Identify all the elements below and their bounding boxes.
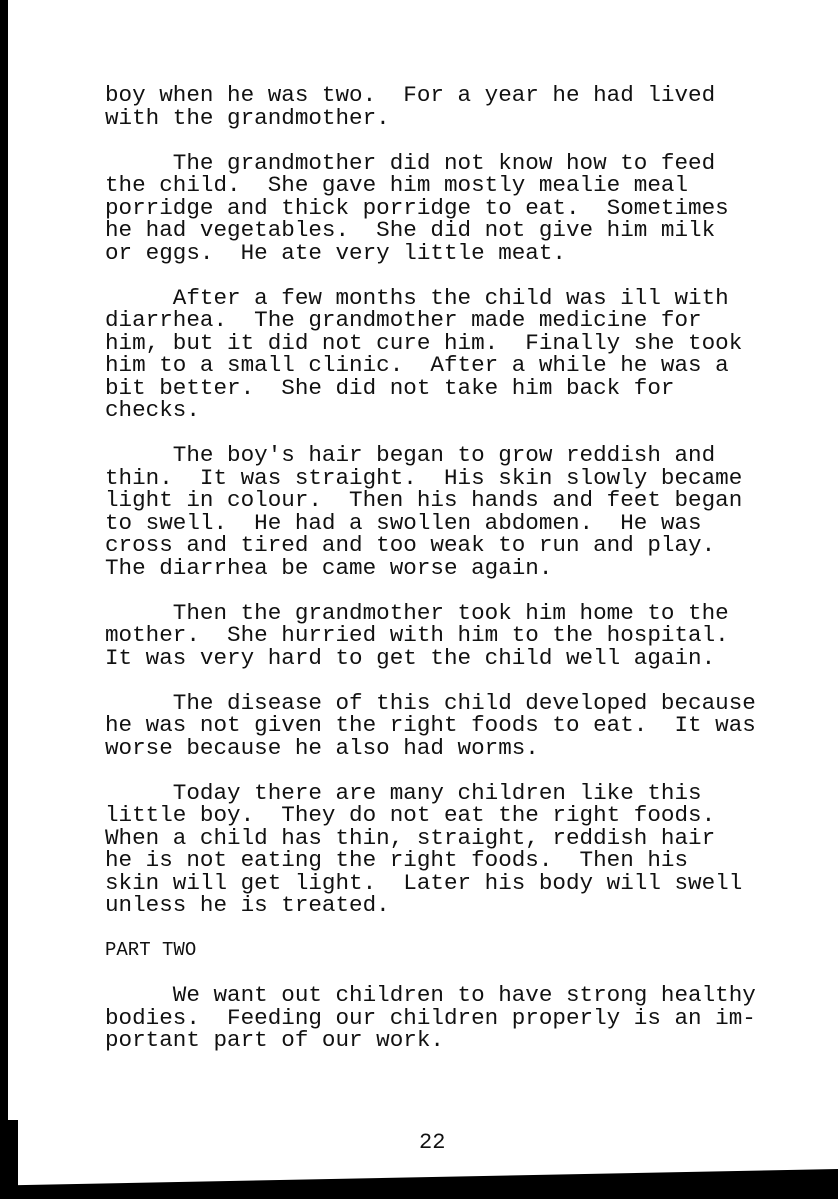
paragraph: After a few months the child was ill wit…: [105, 287, 805, 422]
text-line: or eggs. He ate very little meat.: [105, 242, 805, 265]
text-line: mother. She hurried with him to the hosp…: [105, 624, 805, 647]
text-line: him, but it did not cure him. Finally sh…: [105, 332, 805, 355]
text-line: the child. She gave him mostly mealie me…: [105, 174, 805, 197]
text-line: cross and tired and too weak to run and …: [105, 534, 805, 557]
text-line: The grandmother did not know how to feed: [105, 152, 805, 175]
text-line: to swell. He had a swollen abdomen. He w…: [105, 512, 805, 535]
text-line: boy when he was two. For a year he had l…: [105, 84, 805, 107]
text-line: When a child has thin, straight, reddish…: [105, 827, 805, 850]
paragraph: The grandmother did not know how to feed…: [105, 152, 805, 265]
text-line: thin. It was straight. His skin slowly b…: [105, 467, 805, 490]
text-line: he was not given the right foods to eat.…: [105, 714, 805, 737]
text-line: We want out children to have strong heal…: [105, 984, 805, 1007]
text-line: little boy. They do not eat the right fo…: [105, 804, 805, 827]
paragraph: The disease of this child developed beca…: [105, 692, 805, 760]
scan-bottom-border: [0, 1169, 838, 1199]
page-number: 22: [419, 1130, 445, 1155]
text-line: The disease of this child developed beca…: [105, 692, 805, 715]
text-line: The boy's hair began to grow reddish and: [105, 444, 805, 467]
paragraph: Then the grandmother took him home to th…: [105, 602, 805, 670]
paragraph: We want out children to have strong heal…: [105, 984, 805, 1052]
paragraph: Today there are many children like thisl…: [105, 782, 805, 917]
section-heading: PART TWO: [105, 939, 805, 962]
text-line: he is not eating the right foods. Then h…: [105, 849, 805, 872]
text-line: worse because he also had worms.: [105, 737, 805, 760]
paragraph: The boy's hair began to grow reddish and…: [105, 444, 805, 579]
paragraph: boy when he was two. For a year he had l…: [105, 84, 805, 129]
text-line: Today there are many children like this: [105, 782, 805, 805]
text-line: unless he is treated.: [105, 894, 805, 917]
text-line: Then the grandmother took him home to th…: [105, 602, 805, 625]
text-line: him to a small clinic. After a while he …: [105, 354, 805, 377]
text-line: he had vegetables. She did not give him …: [105, 219, 805, 242]
scan-left-border: [0, 0, 8, 1199]
text-line: bit better. She did not take him back fo…: [105, 377, 805, 400]
text-line: with the grandmother.: [105, 107, 805, 130]
text-line: It was very hard to get the child well a…: [105, 647, 805, 670]
text-line: The diarrhea be came worse again.: [105, 557, 805, 580]
text-line: After a few months the child was ill wit…: [105, 287, 805, 310]
text-line: PART TWO: [105, 939, 805, 962]
text-line: porridge and thick porridge to eat. Some…: [105, 197, 805, 220]
text-line: skin will get light. Later his body will…: [105, 872, 805, 895]
text-line: checks.: [105, 399, 805, 422]
text-line: diarrhea. The grandmother made medicine …: [105, 309, 805, 332]
text-line: portant part of our work.: [105, 1029, 805, 1052]
text-line: bodies. Feeding our children properly is…: [105, 1007, 805, 1030]
page-body: boy when he was two. For a year he had l…: [105, 84, 805, 1074]
text-line: light in colour. Then his hands and feet…: [105, 489, 805, 512]
